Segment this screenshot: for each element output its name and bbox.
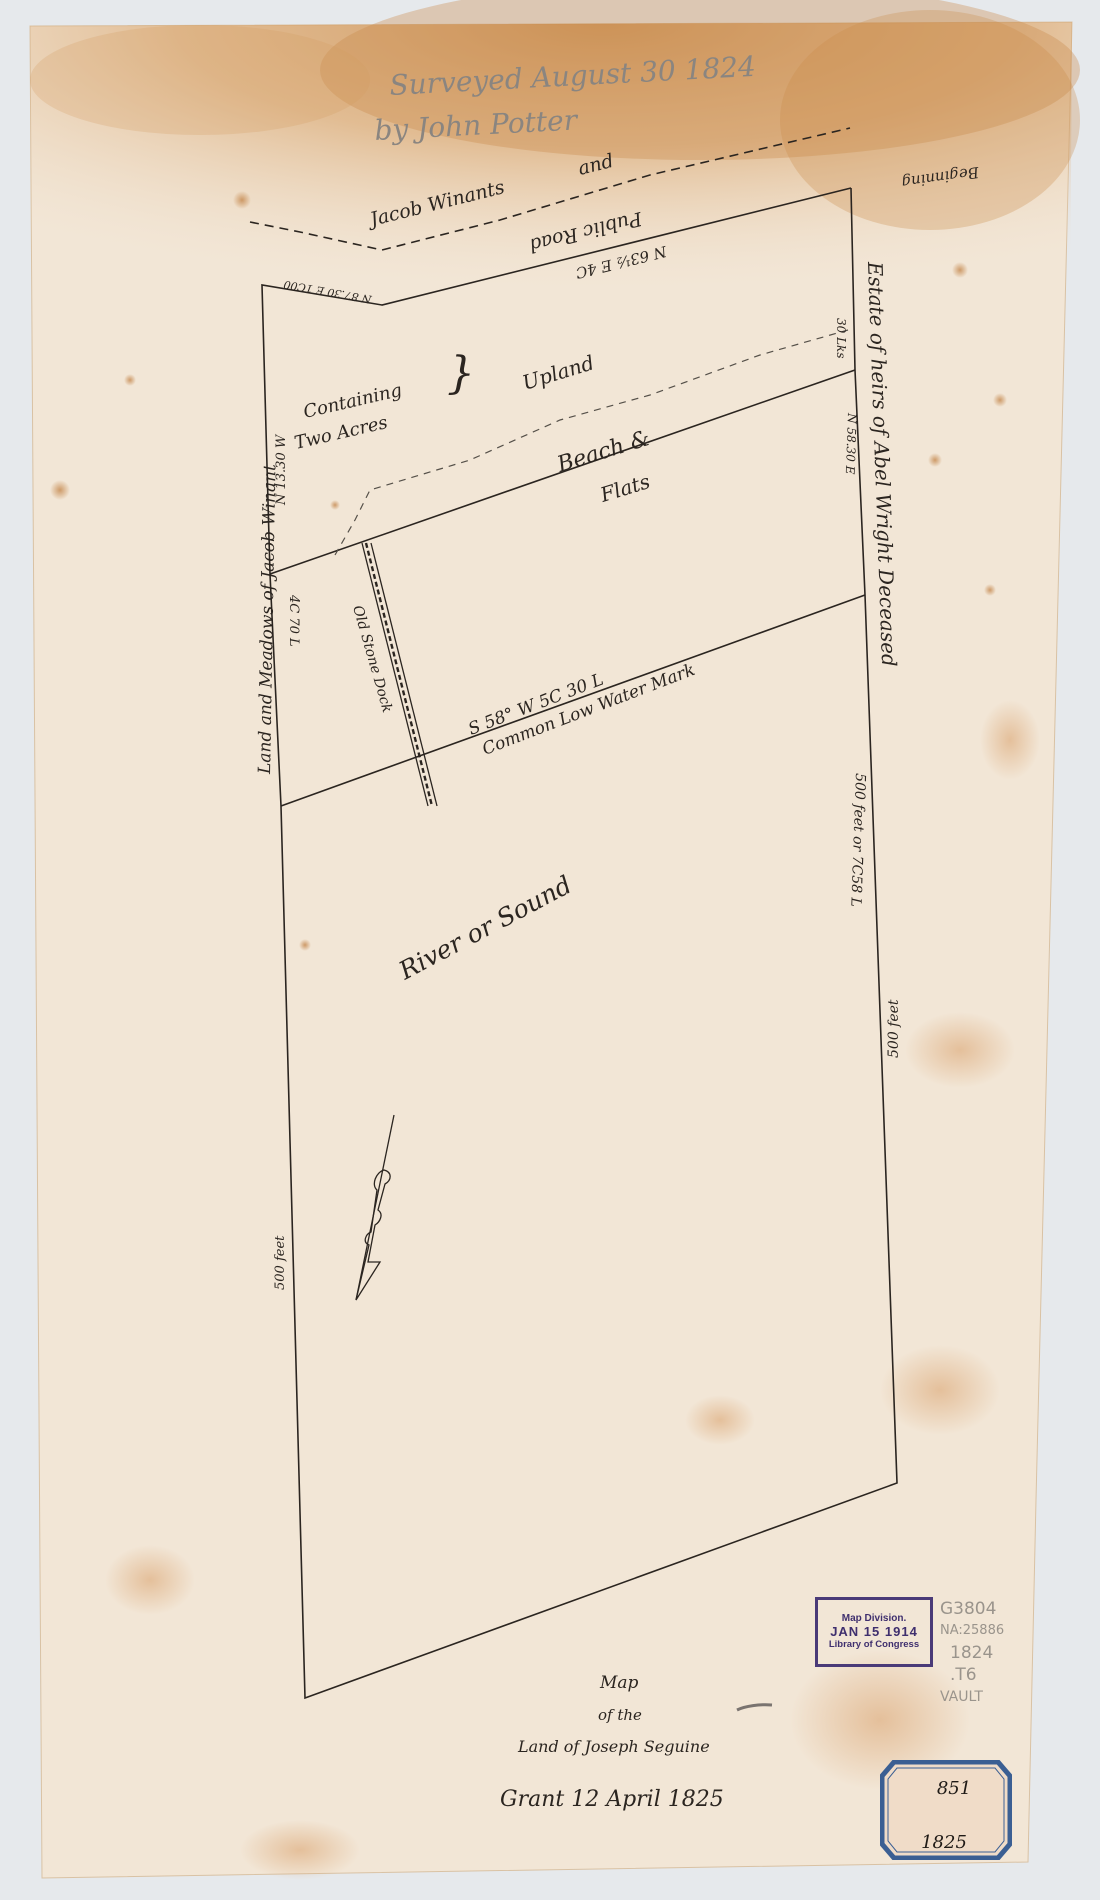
label-beginning: Beginning [901,163,981,192]
label-low-water-mark: Common Low Water Mark [480,660,698,760]
label-beach: Beach & [553,426,652,478]
label-upland: Upland [519,350,596,394]
label-public-road: Public Road [527,207,645,256]
survey-date-note: Surveyed August 30 1824 [389,50,757,102]
catalog-label: 851 1825 [880,1760,1012,1860]
old-stone-dock [362,543,437,806]
bearing-west-upper: N 13.30 W [274,433,289,506]
distance-east-bottom: 500 feet [886,999,902,1058]
map-document: Surveyed August 30 1824 by John Potter J… [0,0,1100,1900]
call-number-line: VAULT [940,1686,1030,1708]
north-arrow-icon [356,1115,394,1300]
bearing-east-middle: N 58.30 E [843,412,859,475]
label-west-neighbor: Land and Meadows of Jacob Winant [255,464,280,775]
call-number-line: 1824 [940,1642,1030,1664]
bearing-notch: N 87.30 E 1C00 [283,278,374,306]
label-and: and [576,150,616,180]
label-east-neighbor: Estate of heirs of Abel Wright Deceased [863,260,901,667]
call-number: G3804 NA:25886 1824 .T6 VAULT [940,1598,1030,1708]
title-land-of: Land of Joseph Seguine [517,1737,710,1756]
library-of-congress-stamp: Map Division. JAN 15 1914 Library of Con… [815,1597,933,1667]
stamp-library: Library of Congress [829,1640,919,1651]
grant-date: Grant 12 April 1825 [500,1787,724,1812]
distance-west-bottom: 500 feet [273,1235,288,1290]
parcel-boundary [262,188,897,1698]
label-two-acres: Two Acres [292,412,389,454]
title-of-the: of the [598,1706,642,1724]
label-containing: Containing [301,380,404,423]
road-boundary-dashed [250,128,850,250]
label-old-stone-dock: Old Stone Dock [349,604,395,715]
bearing-low-water: S 58° W 5C 30 L [466,670,607,740]
title-map: Map [599,1673,639,1693]
call-number-line: G3804 [940,1598,1030,1620]
bearing-north-side: N 63½ E 4C [573,242,669,282]
catalog-number: 851 [888,1778,1020,1799]
bearing-west-lower: 4C 70 L [286,594,301,647]
upland-dashed-line [335,330,848,555]
call-number-line: NA:25886 [940,1620,1030,1642]
label-jacob-winants: Jacob Winants [364,176,507,232]
label-flats: Flats [596,469,652,507]
surveyor-note: by John Potter [374,103,580,147]
catalog-year: 1825 [878,1832,1010,1853]
distance-east-lower: 500 feet or 7C58 L [847,773,868,907]
map-drawing: Surveyed August 30 1824 by John Potter J… [0,0,1100,1900]
bearing-east-upper: 30 Lks [834,318,848,358]
brace-icon: } [447,348,475,399]
low-water-line [281,595,865,806]
stamp-date: JAN 15 1914 [830,1625,918,1640]
label-river-or-sound: River or Sound [393,870,576,986]
beach-line [270,370,855,574]
call-number-line: .T6 [940,1664,1030,1686]
